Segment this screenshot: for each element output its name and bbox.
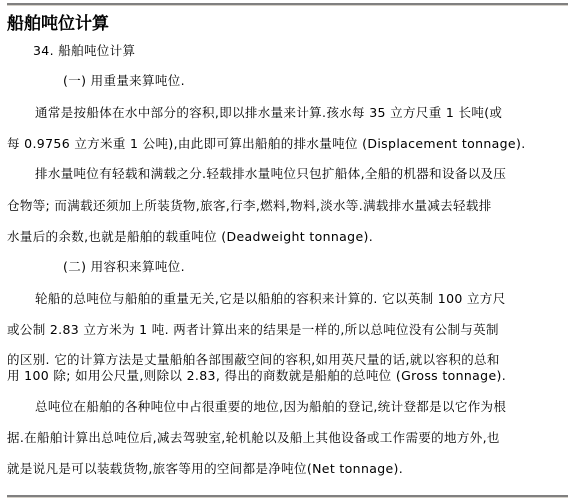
top-divider (7, 3, 568, 6)
section-heading: 34. 船舶吨位计算 (33, 43, 135, 59)
paragraph-line: 总吨位在船舶的各种吨位中占很重要的地位,因为船舶的登记,统计登都是以它作为根 (35, 399, 506, 415)
paragraph-line: 水量后的余数,也就是船舶的载重吨位 (Deadweight tonnage). (7, 229, 373, 245)
paragraph-line: 通常是按船体在水中部分的容积,即以排水量来计算.孩水每 35 立方尺重 1 长吨… (35, 105, 502, 121)
paragraph-line: 或公制 2.83 立方米为 1 吨. 两者计算出来的结果是一样的,所以总吨位没有… (7, 322, 499, 338)
paragraph-line: 据.在船舶计算出总吨位后,减去驾驶室,轮机舱以及船上其他设备或工作需要的地方外,… (7, 430, 500, 446)
paragraph-line: 轮船的总吨位与船舶的重量无关,它是以船舶的容积来计算的. 它以英制 100 立方… (35, 291, 506, 307)
paragraph-line: 仓物等; 而满载还须加上所装货物,旅客,行李,燃料,物料,淡水等.满载排水量减去… (7, 198, 492, 214)
paragraph-line: 就是说凡是可以装载货物,旅客等用的空间都是净吨位(Net tonnage). (7, 461, 403, 477)
bottom-divider (7, 495, 568, 498)
page-title: 船舶吨位计算 (7, 9, 109, 34)
paragraph-line: 的区别. 它的计算方法是丈量船舶各部围蔽空间的容积,如用英尺量的话,就以容积的总… (7, 352, 500, 368)
subsection-heading-volume: (二) 用容积来算吨位. (63, 259, 185, 275)
paragraph-line: 用 100 除; 如用公尺量,则除以 2.83, 得出的商数就是船舶的总吨位 (… (7, 368, 506, 384)
subsection-heading-weight: (一) 用重量来算吨位. (63, 73, 185, 89)
paragraph-line: 每 0.9756 立方米重 1 公吨),由此即可算出船舶的排水量吨位 (Disp… (7, 136, 526, 152)
paragraph-line: 排水量吨位有轻载和满载之分.轻载排水量吨位只包扩船体,全船的机器和设备以及压 (35, 166, 506, 182)
